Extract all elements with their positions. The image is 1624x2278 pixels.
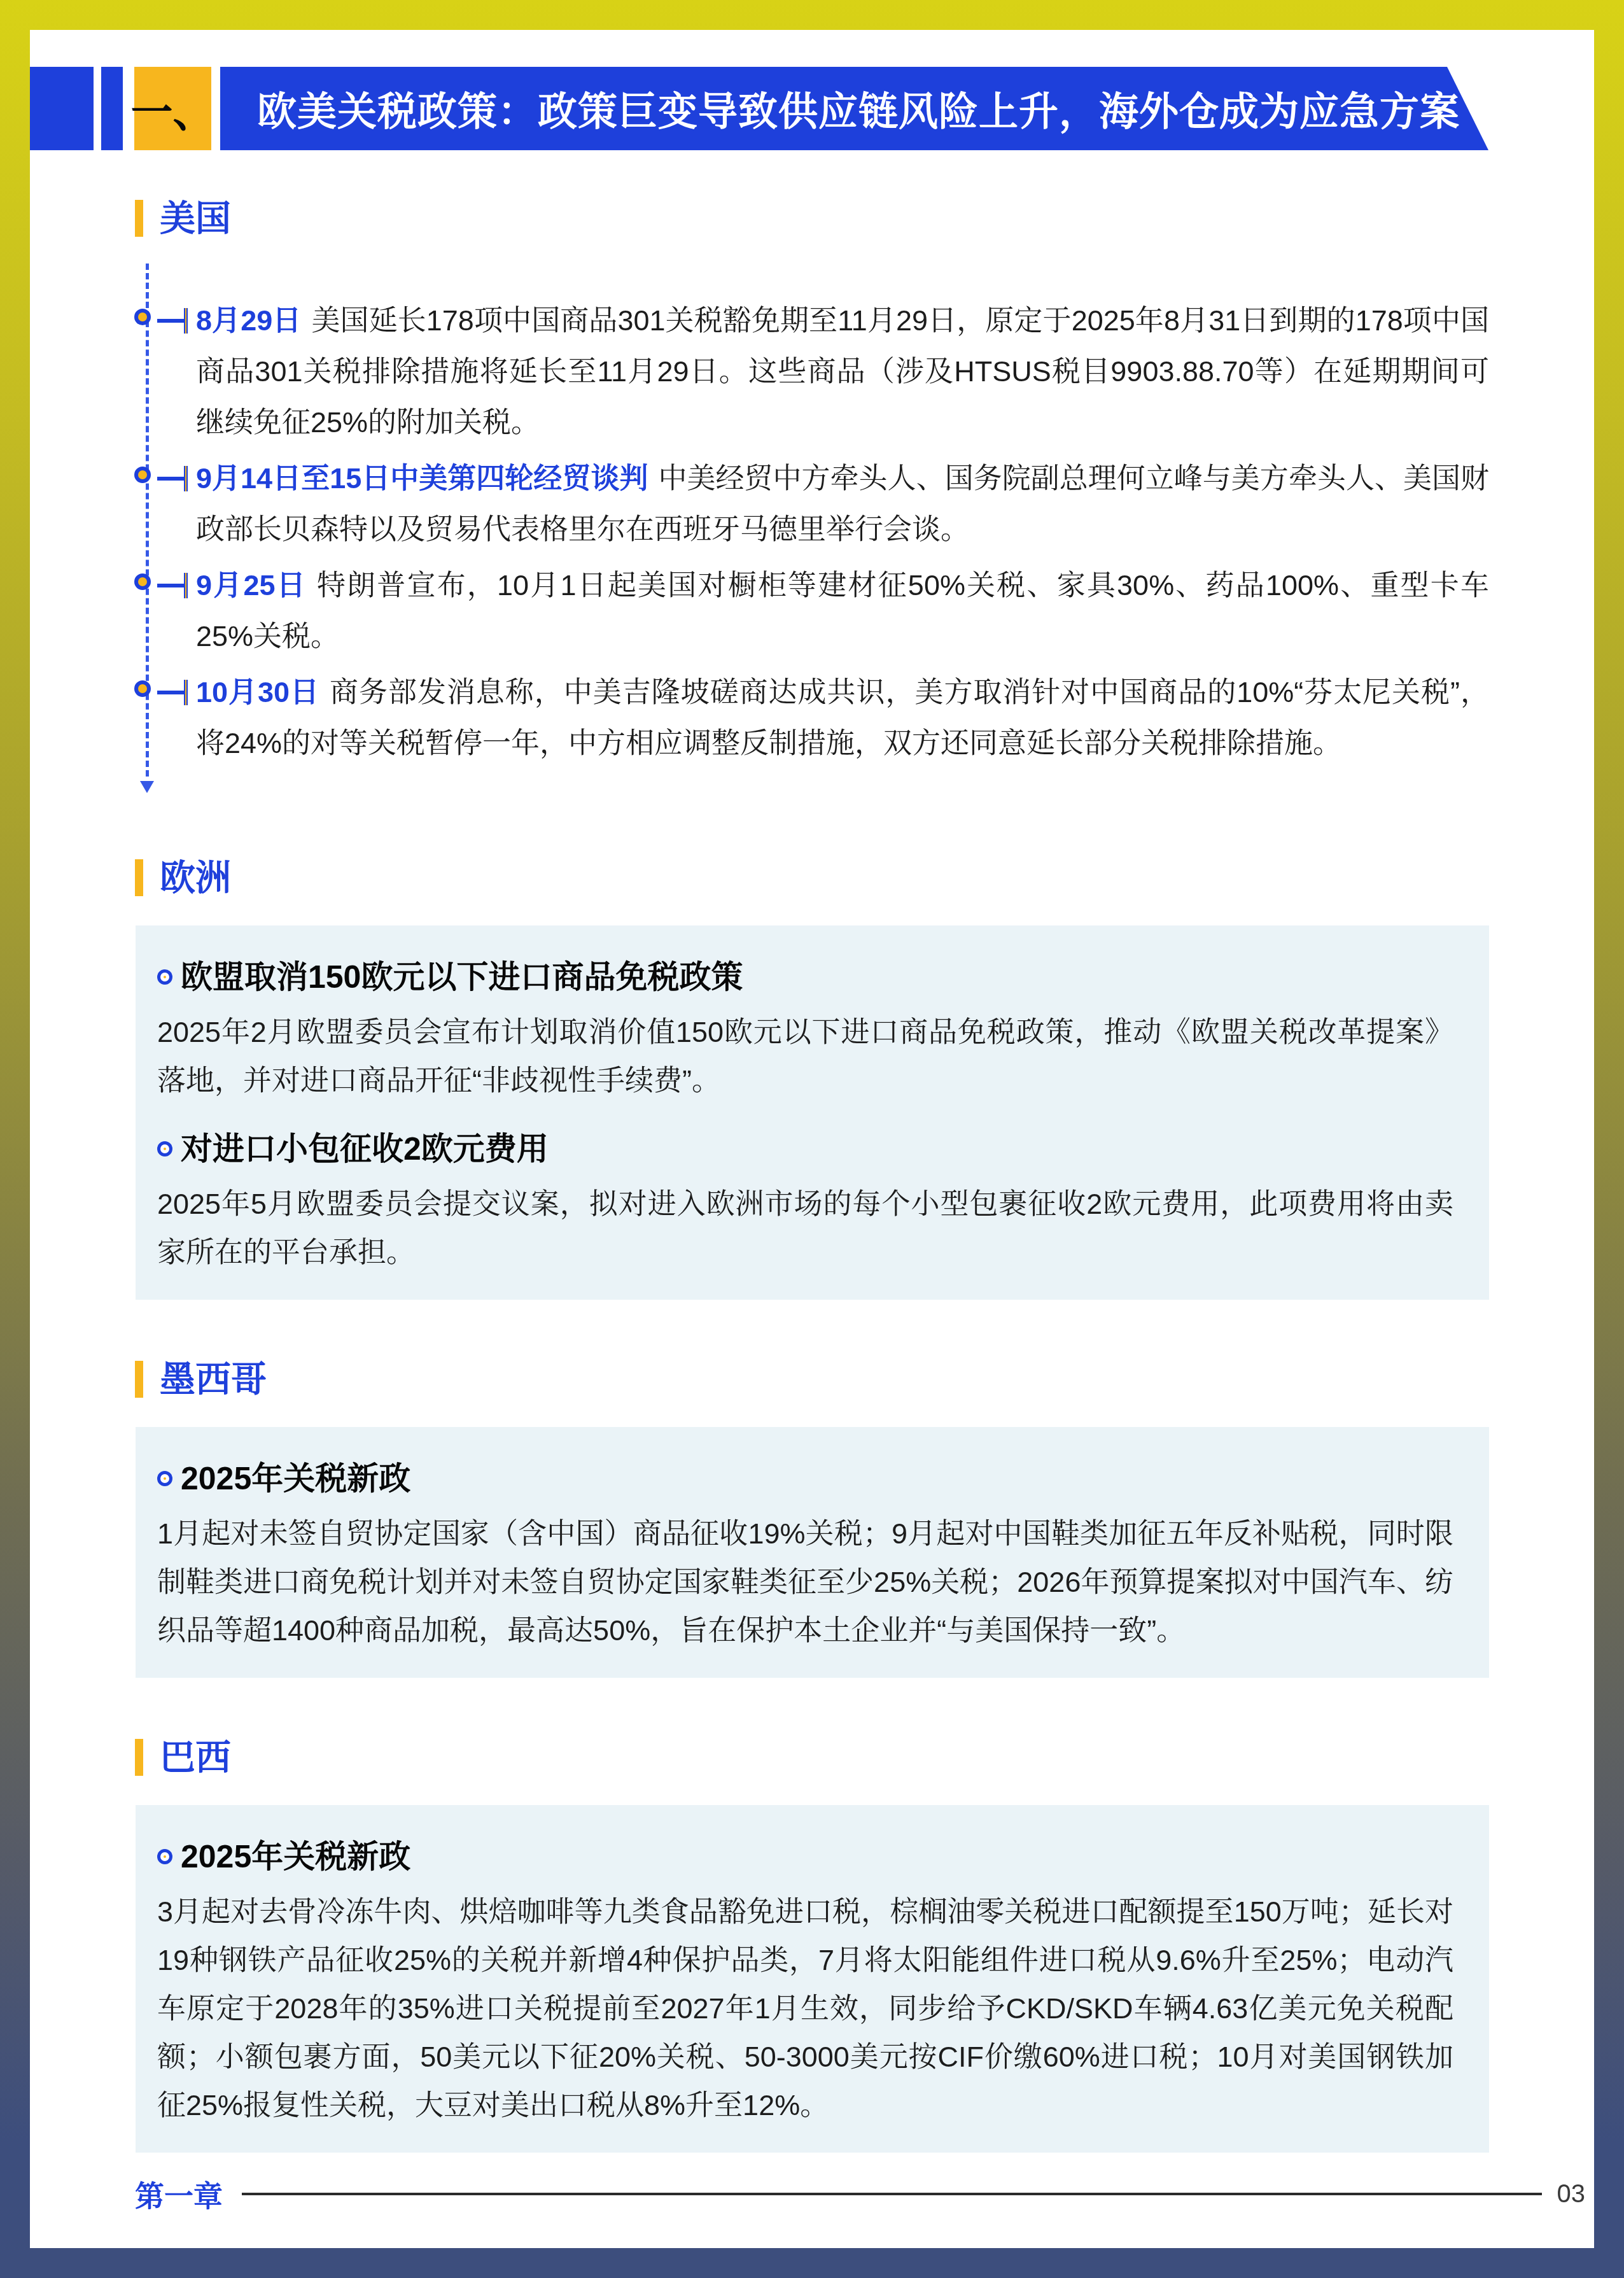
europe-card: 欧盟取消150欧元以下进口商品免税政策 2025年2月欧盟委员会宣布计划取消价值… xyxy=(136,925,1489,1300)
section-title: 墨西哥 xyxy=(160,1361,267,1397)
timeline-text: 特朗普宣布，10月1日起美国对橱柜等建材征50%关税、家具30%、药品100%、… xyxy=(196,569,1489,652)
timeline-text: 美国延长178项中国商品301关税豁免期至11月29日，原定于2025年8月31… xyxy=(196,304,1489,439)
section-accent-bar xyxy=(135,200,143,237)
timeline-connector xyxy=(157,691,185,694)
section-usa: 美国 8月29日美国延长178项中国商品301关税豁免期至11月29日，原定于2… xyxy=(30,200,1594,798)
header-accent-square xyxy=(30,67,94,150)
section-title: 美国 xyxy=(160,200,231,236)
footer-chapter-label: 第一章 xyxy=(135,2173,223,2215)
brazil-card: 2025年关税新政 3月起对去骨冷冻牛肉、烘焙咖啡等九类食品豁免进口税，棕榈油零… xyxy=(136,1805,1489,2153)
policy-entry: 2025年关税新政 3月起对去骨冷冻牛肉、烘焙咖啡等九类食品豁免进口税，棕榈油零… xyxy=(157,1838,1453,2130)
section-accent-bar xyxy=(135,1361,143,1398)
policy-title: 2025年关税新政 xyxy=(181,1838,410,1875)
policy-body: 2025年2月欧盟委员会宣布计划取消价值150欧元以下进口商品免税政策，推动《欧… xyxy=(157,1008,1453,1105)
policy-entry: 欧盟取消150欧元以下进口商品免税政策 2025年2月欧盟委员会宣布计划取消价值… xyxy=(157,959,1453,1105)
report-page: 一、 欧美关税政策：政策巨变导致供应链风险上升，海外仓成为应急方案 美国 8月2… xyxy=(30,30,1594,2248)
policy-entry: 2025年关税新政 1月起对未签自贸协定国家（含中国）商品征收19%关税；9月起… xyxy=(157,1460,1453,1655)
policy-entry: 对进口小包征收2欧元费用 2025年5月欧盟委员会提交议案，拟对进入欧洲市场的每… xyxy=(157,1130,1453,1277)
policy-body: 3月起对去骨冷冻牛肉、烘焙咖啡等九类食品豁免进口税，棕榈油零关税进口配额提至15… xyxy=(157,1888,1453,2130)
section-title: 欧洲 xyxy=(160,860,231,896)
timeline-entry: 9月14日至15日中美第四轮经贸谈判中美经贸中方牵头人、国务院副总理何立峰与美方… xyxy=(196,453,1489,555)
timeline-connector xyxy=(157,477,185,481)
timeline-item: 9月14日至15日中美第四轮经贸谈判中美经贸中方牵头人、国务院副总理何立峰与美方… xyxy=(196,453,1489,555)
timeline-item: 9月25日特朗普宣布，10月1日起美国对橱柜等建材征50%关税、家具30%、药品… xyxy=(196,560,1489,662)
timeline-tick xyxy=(184,466,188,491)
footer-page-number: 03 xyxy=(1557,2180,1586,2209)
section-mexico: 墨西哥 2025年关税新政 1月起对未签自贸协定国家（含中国）商品征收19%关税… xyxy=(30,1361,1594,1678)
chapter-number-box: 一、 xyxy=(134,67,211,150)
section-accent-bar xyxy=(135,1739,143,1776)
chapter-title: 欧美关税政策：政策巨变导致供应链风险上升，海外仓成为应急方案 xyxy=(257,80,1460,137)
footer-rule xyxy=(242,2193,1542,2195)
section-accent-bar xyxy=(135,859,143,896)
timeline-connector xyxy=(157,584,185,587)
bullet-icon xyxy=(160,1474,169,1483)
timeline-date: 8月29日 xyxy=(196,304,301,337)
policy-entry-heading: 对进口小包征收2欧元费用 xyxy=(157,1130,1453,1167)
policy-body: 1月起对未签自贸协定国家（含中国）商品征收19%关税；9月起对中国鞋类加征五年反… xyxy=(157,1510,1453,1655)
usa-timeline: 8月29日美国延长178项中国商品301关税豁免期至11月29日，原定于2025… xyxy=(30,295,1594,798)
bullet-icon xyxy=(160,1144,169,1153)
bullet-icon xyxy=(160,973,169,981)
policy-body: 2025年5月欧盟委员会提交议案，拟对进入欧洲市场的每个小型包裹征收2欧元费用，… xyxy=(157,1180,1453,1277)
timeline-entry: 9月25日特朗普宣布，10月1日起美国对橱柜等建材征50%关税、家具30%、药品… xyxy=(196,560,1489,662)
section-title: 巴西 xyxy=(160,1740,231,1775)
chapter-title-banner: 欧美关税政策：政策巨变导致供应链风险上升，海外仓成为应急方案 xyxy=(220,67,1488,150)
policy-entry-heading: 欧盟取消150欧元以下进口商品免税政策 xyxy=(157,959,1453,995)
timeline-connector xyxy=(157,319,185,323)
timeline-node-icon xyxy=(134,309,151,325)
section-mexico-heading: 墨西哥 xyxy=(135,1361,1594,1398)
section-brazil: 巴西 2025年关税新政 3月起对去骨冷冻牛肉、烘焙咖啡等九类食品豁免进口税，棕… xyxy=(30,1739,1594,2153)
section-europe: 欧洲 欧盟取消150欧元以下进口商品免税政策 2025年2月欧盟委员会宣布计划取… xyxy=(30,859,1594,1300)
section-usa-heading: 美国 xyxy=(135,200,1594,237)
timeline-arrow-icon xyxy=(140,781,154,793)
timeline-entry: 8月29日美国延长178项中国商品301关税豁免期至11月29日，原定于2025… xyxy=(196,295,1489,448)
timeline-tick xyxy=(184,573,188,598)
policy-entry-heading: 2025年关税新政 xyxy=(157,1838,1453,1875)
mexico-card: 2025年关税新政 1月起对未签自贸协定国家（含中国）商品征收19%关税；9月起… xyxy=(136,1427,1489,1678)
section-brazil-heading: 巴西 xyxy=(135,1739,1594,1776)
section-europe-heading: 欧洲 xyxy=(135,859,1594,896)
header-accent-bar xyxy=(101,67,123,150)
policy-entry-heading: 2025年关税新政 xyxy=(157,1460,1453,1497)
bullet-icon xyxy=(160,1852,169,1861)
timeline-item: 10月30日商务部发消息称，中美吉隆坡磋商达成共识，美方取消针对中国商品的10%… xyxy=(196,667,1489,769)
policy-title: 欧盟取消150欧元以下进口商品免税政策 xyxy=(181,959,743,995)
timeline-tick xyxy=(184,308,188,334)
chapter-header: 一、 欧美关税政策：政策巨变导致供应链风险上升，海外仓成为应急方案 xyxy=(30,67,1594,150)
timeline-node-icon xyxy=(134,573,151,590)
timeline-entry: 10月30日商务部发消息称，中美吉隆坡磋商达成共识，美方取消针对中国商品的10%… xyxy=(196,667,1489,769)
timeline-text: 商务部发消息称，中美吉隆坡磋商达成共识，美方取消针对中国商品的10%“芬太尼关税… xyxy=(196,676,1489,759)
timeline-date: 10月30日 xyxy=(196,676,319,708)
policy-title: 对进口小包征收2欧元费用 xyxy=(181,1130,549,1167)
timeline-node-icon xyxy=(134,680,151,697)
timeline-date: 9月25日 xyxy=(196,569,307,601)
timeline-date: 9月14日至15日中美第四轮经贸谈判 xyxy=(196,462,648,495)
page-frame: 一、 欧美关税政策：政策巨变导致供应链风险上升，海外仓成为应急方案 美国 8月2… xyxy=(0,0,1624,2278)
timeline-rail xyxy=(146,264,149,777)
page-footer: 第一章 03 xyxy=(135,2173,1585,2215)
policy-title: 2025年关税新政 xyxy=(181,1460,410,1497)
chapter-number: 一、 xyxy=(131,78,215,139)
timeline-node-icon xyxy=(134,467,151,483)
timeline-tick xyxy=(184,680,188,705)
timeline-item: 8月29日美国延长178项中国商品301关税豁免期至11月29日，原定于2025… xyxy=(196,295,1489,448)
